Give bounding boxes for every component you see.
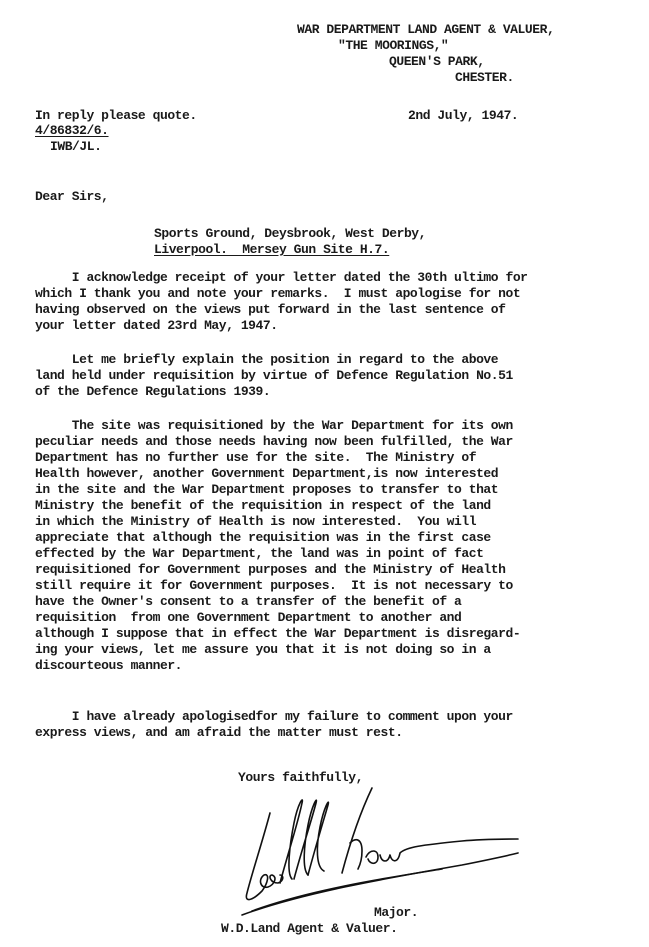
- letterhead-line-1: WAR DEPARTMENT LAND AGENT & VALUER,: [297, 22, 554, 38]
- handwritten-signature-icon: [222, 783, 522, 923]
- body-line: have the Owner's consent to a transfer o…: [35, 594, 520, 610]
- body-paragraph-2: Let me briefly explain the position in r…: [35, 352, 513, 400]
- body-line: appreciate that although the requisition…: [35, 530, 520, 546]
- body-line: Health however, another Government Depar…: [35, 466, 520, 482]
- body-line: although I suppose that in effect the Wa…: [35, 626, 520, 642]
- signature-rank: Major.: [374, 905, 418, 921]
- body-line: of the Defence Regulations 1939.: [35, 384, 513, 400]
- letterhead-line-2: "THE MOORINGS,": [338, 38, 448, 54]
- reference-number: 4/86832/6.: [35, 123, 109, 139]
- body-line: Let me briefly explain the position in r…: [35, 352, 513, 368]
- subject-line-2: Liverpool. Mersey Gun Site H.7.: [154, 242, 389, 258]
- body-line: discourteous manner.: [35, 658, 520, 674]
- salutation: Dear Sirs,: [35, 189, 109, 205]
- body-line: express views, and am afraid the matter …: [35, 725, 513, 741]
- body-line: Ministry the benefit of the requisition …: [35, 498, 520, 514]
- reference-initials: IWB/JL.: [50, 139, 101, 155]
- body-line: effected by the War Department, the land…: [35, 546, 520, 562]
- body-line: land held under requisition by virtue of…: [35, 368, 513, 384]
- body-line: your letter dated 23rd May, 1947.: [35, 318, 528, 334]
- body-line: I acknowledge receipt of your letter dat…: [35, 270, 528, 286]
- letterhead-line-4: CHESTER.: [455, 70, 514, 86]
- body-line: requisitioned for Government purposes an…: [35, 562, 520, 578]
- body-line: having observed on the views put forward…: [35, 302, 528, 318]
- body-line: which I thank you and note your remarks.…: [35, 286, 528, 302]
- subject-line-1: Sports Ground, Deysbrook, West Derby,: [154, 226, 426, 242]
- body-line: requisition from one Government Departme…: [35, 610, 520, 626]
- body-line: The site was requisitioned by the War De…: [35, 418, 520, 434]
- body-line: ing your views, let me assure you that i…: [35, 642, 520, 658]
- body-line: I have already apologisedfor my failure …: [35, 709, 513, 725]
- body-line: in the site and the War Department propo…: [35, 482, 520, 498]
- body-paragraph-1: I acknowledge receipt of your letter dat…: [35, 270, 528, 334]
- body-line: Department has no further use for the si…: [35, 450, 520, 466]
- body-line: in which the Ministry of Health is now i…: [35, 514, 520, 530]
- reference-label: In reply please quote.: [35, 108, 197, 124]
- body-line: still require it for Government purposes…: [35, 578, 520, 594]
- body-paragraph-3: The site was requisitioned by the War De…: [35, 418, 520, 674]
- letterhead-line-3: QUEEN'S PARK,: [389, 54, 485, 70]
- signature-title: W.D.Land Agent & Valuer.: [221, 921, 397, 937]
- body-line: peculiar needs and those needs having no…: [35, 434, 520, 450]
- letter-date: 2nd July, 1947.: [408, 108, 518, 124]
- body-paragraph-4: I have already apologisedfor my failure …: [35, 709, 513, 741]
